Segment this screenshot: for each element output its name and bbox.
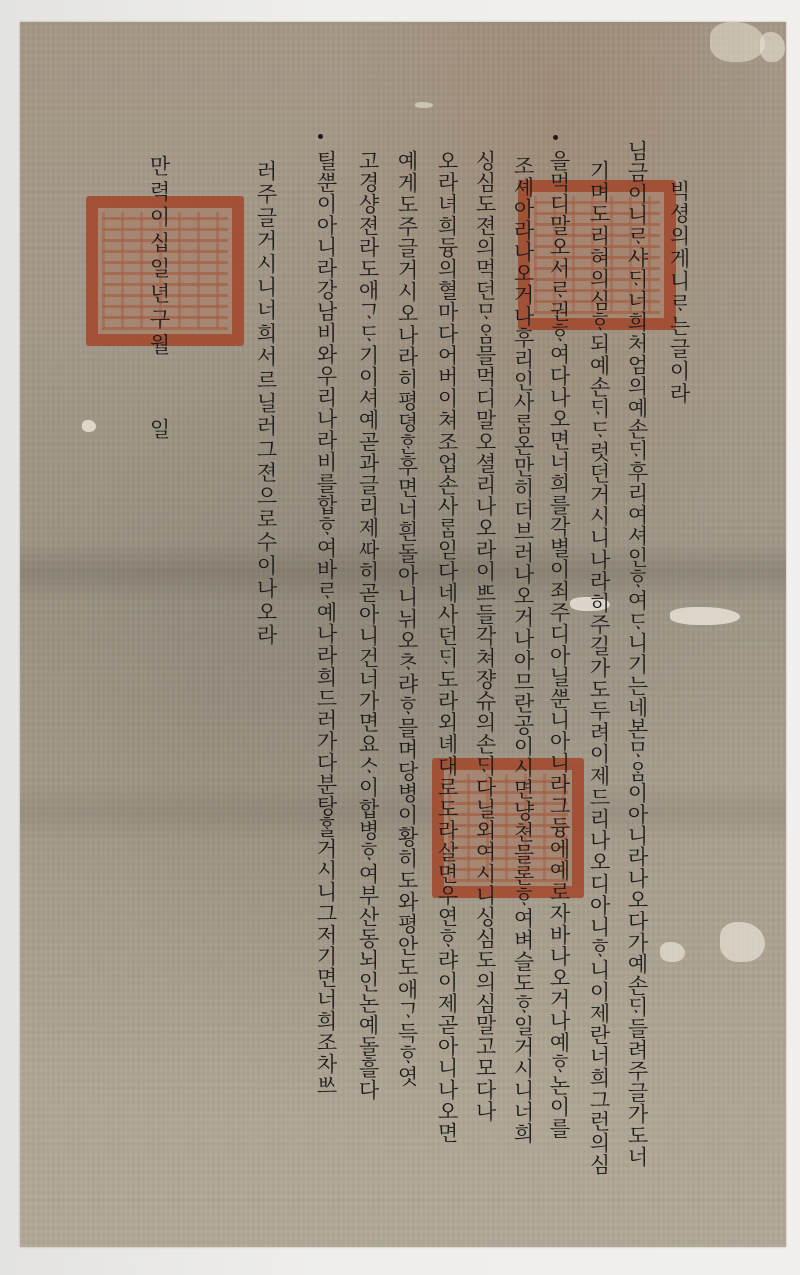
title-column: 빅셩의게니ᄅᆞ는글이라: [668, 180, 689, 405]
paper-damage: [760, 32, 785, 62]
paper-damage: [670, 607, 740, 625]
date-line: 만력이십일년구월: [148, 155, 169, 359]
date-day: 일: [148, 418, 169, 441]
text-column-4: 조셰아라나오거나후리인사ᄅᆞᆷ온만히더브러나오거나아므란공이시면냥쳔믈론ᄒᆞ여벼…: [512, 155, 533, 1144]
text-column-6: 오라녀희듕의혈마다어버이쳐조업손사ᄅᆞᆷ읻다네사던ᄃᆡ도라외녜대로도라살면우연ᄒ…: [436, 150, 457, 1144]
ink-dot: [553, 135, 558, 140]
paper-damage: [710, 22, 765, 62]
paper-damage: [82, 420, 96, 432]
text-column-9: 틸ᄲᅮᆫ이아니라강남비와우리나라비를합ᄒᆞ여바ᄅᆞ예나라희드러가다분탕ᄒᆞᆯ거시…: [315, 150, 336, 1096]
text-column-3: 을먹디말오서ᄅᆞ권ᄒᆞ여다나오면너희를각별이죄주디아닐ᄲᅮᆫ니아니라그듕에예로자…: [548, 150, 569, 1139]
ink-dot: [318, 134, 323, 139]
text-column-1: 님금이니ᄅᆞ샤ᄃᆡ너희처엄의예손ᄃᆡ후리여셔인ᄒᆞ여ᄃᆞ니기는네본ᄆᆞᄋᆞᆷ이아…: [626, 140, 647, 1167]
paper-damage: [415, 102, 433, 108]
paper-damage: [720, 922, 765, 962]
text-column-10: 러주글거시니너희서르닐러그젼으로수이나오라: [255, 160, 276, 647]
text-column-8: 고경샹젼라도애ᄀᆞᄃᆞ기이셔예곧과글리제ᄯᅡ히곧아니건너가면요ᄉᆞ이합병ᄒᆞ여부…: [357, 150, 378, 1100]
text-column-7: 예게도주글거시오나라히평뎡ᄒᆞᆫ후면너흰돌아니뉘오ᄎᆞ랴ᄒᆞ믈며당병이황히도와평…: [396, 150, 417, 1087]
text-column-2: 기며도리혀의심ᄒᆞ되예손ᄃᆡᄃᆞ럿던거시니나라히주길가도두려이제드리나오디아니ᄒ…: [588, 160, 609, 1175]
paper-damage: [660, 942, 685, 962]
text-column-5: 싱심도젼의먹던ᄆᆞᄋᆞᆷ믈먹디말오셜리나오라이ᄠᅳ들각쳐쟝슈의손ᄃᆡ다닐외여시니…: [474, 150, 495, 1122]
